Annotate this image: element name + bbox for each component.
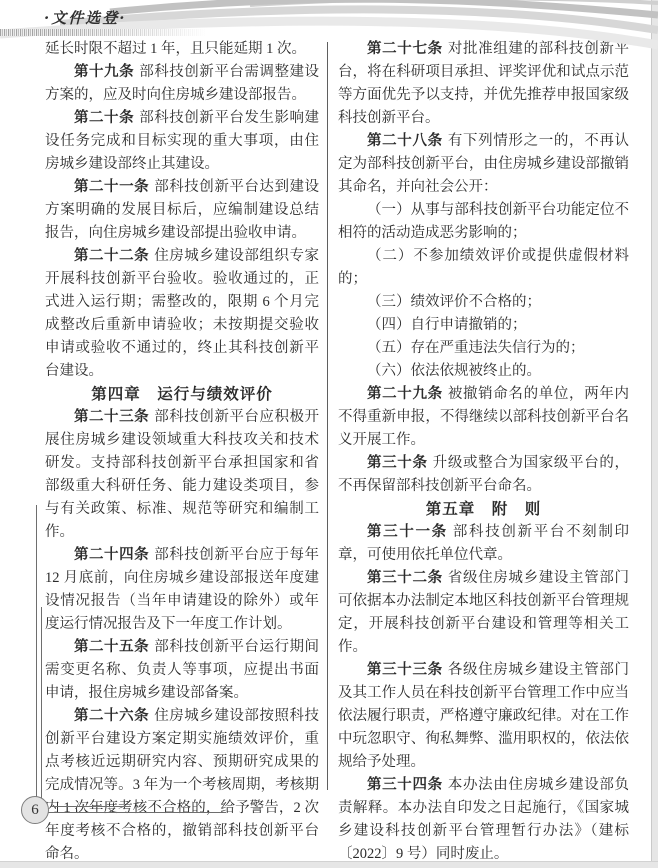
article-number: 第二十一条 <box>74 179 149 195</box>
paragraph: 第二十三条部科技创新平台应积极开展住房城乡建设领域重大科技攻关和技术研发。支持部… <box>45 406 319 544</box>
paragraph: （一）从事与部科技创新平台功能定位不相符的活动造成恶劣影响的； <box>338 199 629 245</box>
paragraph: （五）存在严重违法失信行为的； <box>338 337 629 360</box>
paragraph: 第三十二条省级住房城乡建设主管部门可依据本办法制定本地区科技创新平台管理规定，开… <box>338 567 629 659</box>
page-edge-right <box>651 0 658 868</box>
article-number: 第十九条 <box>74 64 134 80</box>
paragraph-text: 各级住房城乡建设主管部门及其工作人员在科技创新平台管理工作中应当依法履行职责，严… <box>338 662 629 770</box>
document-page: ·文件选登· 延长时限不超过 1 年，且只能延期 1 次。第十九条部科技创新平台… <box>0 0 658 868</box>
paragraph: 第二十九条被撤销命名的单位，两年内不得重新申报，不得继续以部科技创新平台名义开展… <box>338 383 629 452</box>
page-number-badge: 6 <box>21 796 49 824</box>
paragraph: （六）依法依规被终止的。 <box>338 360 629 383</box>
paragraph: （四）自行申请撤销的； <box>338 314 629 337</box>
article-number: 第二十五条 <box>74 639 149 655</box>
paragraph-text: （二）不参加绩效评价或提供虚假材料的； <box>338 248 629 287</box>
left-column: 延长时限不超过 1 年，且只能延期 1 次。第十九条部科技创新平台需调整建设方案… <box>45 38 319 866</box>
article-number: 第三十一条 <box>367 524 448 540</box>
paragraph: （二）不参加绩效评价或提供虚假材料的； <box>338 245 629 291</box>
footer-rule-long <box>48 812 226 813</box>
header-rule <box>0 29 207 36</box>
paragraph: 第三十条升级或整合为国家级平台的，不再保留部科技创新平台命名。 <box>338 452 629 498</box>
paragraph: 第二十条部科技创新平台发生影响建设任务完成和目标实现的重大事项，由住房城乡建设部… <box>45 107 319 176</box>
paragraph: 第二十四条部科技创新平台应于每年 12 月底前，向住房城乡建设部报送年度建设情况… <box>45 544 319 636</box>
paragraph-text: （五）存在严重违法失信行为的； <box>367 340 585 356</box>
paragraph-text: 住房城乡建设部组织专家开展科技创新平台验收。验收通过的，正式进入运行期；需整改的… <box>45 248 319 379</box>
article-number: 第二十四条 <box>74 547 149 563</box>
margin-rule-long <box>36 505 37 798</box>
article-number: 第三十二条 <box>367 570 443 586</box>
paragraph: 第二十二条住房城乡建设部组织专家开展科技创新平台验收。验收通过的，正式进入运行期… <box>45 245 319 383</box>
article-number: 第三十条 <box>367 455 428 471</box>
paragraph-text: （六）依法依规被终止的。 <box>367 363 541 379</box>
paragraph-text: 部科技创新平台应积极开展住房城乡建设领域重大科技攻关和技术研发。支持部科技创新平… <box>45 409 319 540</box>
paragraph-text: 住房城乡建设部按照科技创新平台建设方案定期实施绩效评价，重点考核近远期研究内容、… <box>45 708 319 862</box>
article-number: 第二十三条 <box>74 409 149 425</box>
right-column: 第二十七条对批准组建的部科技创新平台，将在科研项目承担、评奖评优和试点示范等方面… <box>338 38 629 866</box>
paragraph: 第二十六条住房城乡建设部按照科技创新平台建设方案定期实施绩效评价，重点考核近远期… <box>45 705 319 866</box>
paragraph: 第三十四条本办法由住房城乡建设部负责解释。本办法自印发之日起施行，《国家城乡建设… <box>338 774 629 866</box>
article-number: 第二十八条 <box>367 133 443 149</box>
column-divider <box>327 42 328 790</box>
article-number: 第二十六条 <box>74 708 149 724</box>
article-number: 第三十四条 <box>367 777 443 793</box>
paragraph: 第三十一条部科技创新平台不刻制印章，可使用依托单位代章。 <box>338 521 629 567</box>
paragraph: 第十九条部科技创新平台需调整建设方案的，应及时向住房城乡建设部报告。 <box>45 61 319 107</box>
section-title: ·文件选登· <box>44 7 126 28</box>
paragraph: 第二十八条有下列情形之一的，不再认定为部科技创新平台，由住房城乡建设部撤销其命名… <box>338 130 629 199</box>
article-number: 第三十三条 <box>367 662 443 678</box>
article-number: 第二十九条 <box>367 386 443 402</box>
article-number: 第二十条 <box>74 110 134 126</box>
margin-rule-short <box>41 607 42 798</box>
paragraph: 第二十五条部科技创新平台运行期间需变更名称、负责人等事项，应提出书面申请，报住房… <box>45 636 319 705</box>
article-number: 第二十二条 <box>74 248 149 264</box>
chapter-heading: 第四章 运行与绩效评价 <box>45 383 319 406</box>
paragraph-text: （四）自行申请撤销的； <box>367 317 527 333</box>
footer-rule-short <box>50 806 130 807</box>
paragraph: 第二十一条部科技创新平台达到建设方案明确的发展目标后，应编制建设总结报告，向住房… <box>45 176 319 245</box>
paragraph: （三）绩效评价不合格的； <box>338 291 629 314</box>
paragraph-text: （一）从事与部科技创新平台功能定位不相符的活动造成恶劣影响的； <box>338 202 629 241</box>
paragraph-text: （三）绩效评价不合格的； <box>367 294 541 310</box>
paragraph: 第三十三条各级住房城乡建设主管部门及其工作人员在科技创新平台管理工作中应当依法履… <box>338 659 629 774</box>
page-number: 6 <box>31 802 39 819</box>
chapter-heading: 第五章 附 则 <box>338 498 629 521</box>
page-edge-bottom <box>0 861 658 868</box>
